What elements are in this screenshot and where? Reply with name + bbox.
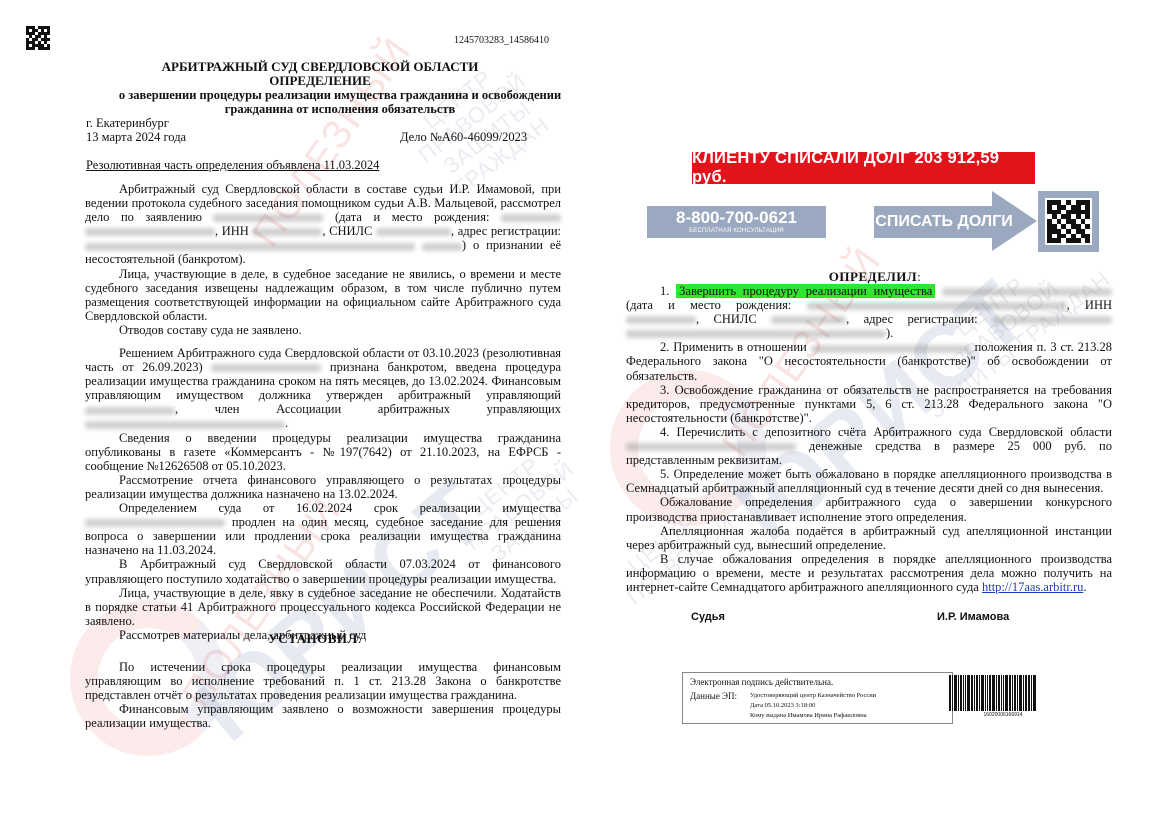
redacted-address bbox=[992, 316, 1112, 324]
redacted-name bbox=[213, 214, 323, 222]
redacted-name bbox=[85, 519, 225, 527]
case-number: Дело №А60-46099/2023 bbox=[400, 130, 527, 145]
phone-caption: БЕСПЛАТНАЯ КОНСУЛЬТАЦИЯ bbox=[647, 227, 826, 235]
established-section: По истечении срока процедуры реализации … bbox=[85, 660, 561, 730]
document-page-right: ПОЛЕЗНЫЙ ЮРИСТ ЦЕНТРПРАВОВОЙЗАЩИТЫ ГРАЖД… bbox=[600, 0, 1176, 832]
document-id: 1245703283_14586410 bbox=[454, 35, 549, 46]
e-signature-status: Электронная подпись действительна. bbox=[690, 676, 945, 688]
decision-item-1: 1. Завершить процедуру реализации имущес… bbox=[626, 284, 1112, 340]
appeal-court-link[interactable]: http://17aas.arbitr.ru bbox=[982, 580, 1083, 594]
judge-name: И.Р. Имамова bbox=[937, 611, 1009, 623]
paragraph: Лица, участвующие в деле, явку в судебно… bbox=[85, 586, 561, 628]
paragraph: Обжалование определения арбитражного суд… bbox=[626, 495, 1112, 523]
redacted-birth-data bbox=[807, 302, 1067, 310]
redacted-name bbox=[211, 364, 321, 372]
redacted-address-end bbox=[422, 243, 462, 251]
resolution-note: Резолютивная часть определения объявлена… bbox=[86, 158, 379, 173]
decision-item-4: 4. Перечислить с депозитного счёта Арбит… bbox=[626, 425, 1112, 467]
redacted-name bbox=[942, 288, 1112, 296]
intro-section: Арбитражный суд Свердловской области в с… bbox=[85, 182, 561, 337]
court-name: АРБИТРАЖНЫЙ СУД СВЕРДЛОВСКОЙ ОБЛАСТИ bbox=[0, 59, 640, 74]
phone-number: 8-800-700-0621 bbox=[647, 208, 826, 227]
paragraph: Рассмотрение отчета финансового управляю… bbox=[85, 473, 561, 501]
redacted-birth-data bbox=[501, 214, 561, 222]
paragraph: Лица, участвующие в деле, в судебное зас… bbox=[85, 267, 561, 323]
paragraph: Сведения о введении процедуры реализации… bbox=[85, 431, 561, 473]
redacted-inn bbox=[252, 228, 322, 236]
document-subject-line-2: гражданина от исполнения обязательств bbox=[40, 102, 640, 117]
highlighted-text: Завершить процедуру реализации имущества bbox=[676, 284, 935, 298]
e-signature-details: Удостоверяющий центр Казначейство России… bbox=[750, 691, 876, 721]
decided-heading: ОПРЕДЕЛИЛ: bbox=[800, 269, 950, 285]
e-signature-data-label: Данные ЭП: bbox=[690, 691, 737, 701]
redacted-manager-name bbox=[626, 443, 796, 451]
paragraph: Определением суда от 16.02.2024 срок реа… bbox=[85, 501, 561, 557]
paragraph: Апелляционная жалоба подаётся в арбитраж… bbox=[626, 524, 1112, 552]
write-off-debts-button[interactable]: СПИСАТЬ ДОЛГИ bbox=[874, 198, 1017, 230]
city: г. Екатеринбург bbox=[86, 116, 169, 131]
redacted-address-end bbox=[626, 330, 886, 338]
decision-item-2: 2. Применить в отношении положения п. 3 … bbox=[626, 340, 1112, 382]
redacted-birth-place bbox=[85, 228, 215, 236]
established-heading: УСТАНОВИЛ: bbox=[240, 631, 390, 647]
barcode-number: 16020006166914 bbox=[949, 712, 1057, 718]
redacted-snils bbox=[771, 316, 846, 324]
document-subject-line-1: о завершении процедуры реализации имущес… bbox=[40, 88, 640, 103]
decision-item-5: 5. Определение может быть обжаловано в п… bbox=[626, 467, 1112, 495]
debt-written-off-banner: КЛИЕНТУ СПИСАЛИ ДОЛГ 203 912,59 руб. bbox=[692, 152, 1035, 184]
paragraph: Решением Арбитражного суда Свердловской … bbox=[85, 346, 561, 431]
document-date: 13 марта 2024 года bbox=[86, 130, 186, 145]
qr-frame[interactable] bbox=[1038, 191, 1099, 252]
redacted-address bbox=[85, 243, 415, 251]
paragraph: В Арбитражный суд Свердловской области 0… bbox=[85, 557, 561, 585]
case-history-section: Решением Арбитражного суда Свердловской … bbox=[85, 346, 561, 642]
decision-items: 1. Завершить процедуру реализации имущес… bbox=[626, 284, 1112, 594]
document-page-left: ПОЛЕЗНЫЙ ЮРИСТ ПОЛЕЗНЫЙ ЦЕНТР ПРАВОВОЙ З… bbox=[0, 0, 600, 832]
e-signature-box: Электронная подпись действительна. Данны… bbox=[682, 672, 953, 724]
paragraph: В случае обжалования определения в поряд… bbox=[626, 552, 1112, 594]
paragraph: Отводов составу суда не заявлено. bbox=[85, 323, 561, 337]
redacted-inn bbox=[626, 316, 696, 324]
judge-label: Судья bbox=[691, 611, 725, 623]
redacted-snils bbox=[376, 228, 451, 236]
paragraph: По истечении срока процедуры реализации … bbox=[85, 660, 561, 702]
decision-item-3: 3. Освобождение гражданина от обязательс… bbox=[626, 383, 1112, 425]
redacted-name bbox=[811, 345, 971, 353]
paragraph: Финансовым управляющим заявлено о возмож… bbox=[85, 702, 561, 730]
qr-code-icon bbox=[1045, 198, 1092, 245]
paragraph: Арбитражный суд Свердловской области в с… bbox=[85, 182, 561, 267]
redacted-association bbox=[85, 421, 285, 429]
redacted-manager-name bbox=[85, 407, 175, 415]
phone-button[interactable]: 8-800-700-0621 БЕСПЛАТНАЯ КОНСУЛЬТАЦИЯ bbox=[647, 206, 826, 238]
barcode-icon bbox=[949, 675, 1057, 711]
document-type: ОПРЕДЕЛЕНИЕ bbox=[0, 73, 640, 88]
qr-code-icon bbox=[26, 26, 50, 50]
